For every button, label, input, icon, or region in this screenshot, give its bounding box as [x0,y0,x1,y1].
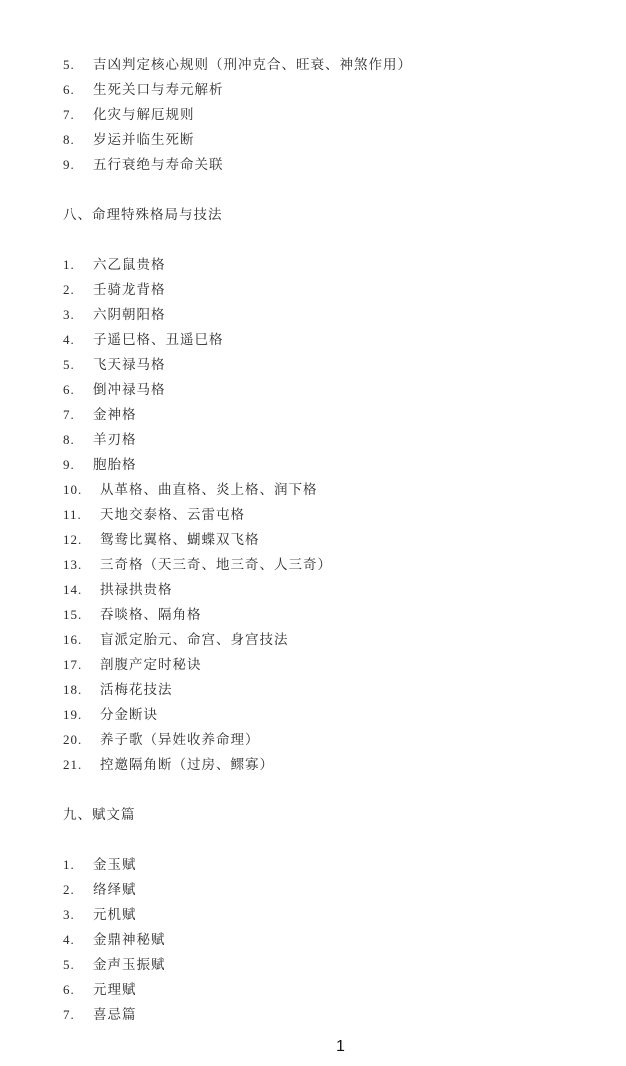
list-item: 12.鸳鸯比翼格、蝴蝶双飞格 [63,529,260,551]
list-item: 19.分金断诀 [63,704,158,726]
item-number: 6. [63,79,93,101]
item-text: 活梅花技法 [100,682,173,698]
item-number: 5. [63,354,93,376]
list-item: 17.剖腹产定时秘诀 [63,654,202,676]
list-item: 5.吉凶判定核心规则（刑冲克合、旺衰、神煞作用） [63,54,412,76]
item-number: 20. [63,729,100,751]
item-text: 六乙鼠贵格 [93,257,166,273]
list-item: 11.天地交泰格、云雷屯格 [63,504,245,526]
item-number: 10. [63,479,100,501]
item-number: 5. [63,954,93,976]
item-number: 19. [63,704,100,726]
item-text: 子遥巳格、丑遥巳格 [93,332,224,348]
item-number: 16. [63,629,100,651]
list-item: 5.飞天禄马格 [63,354,166,376]
list-item: 7.喜忌篇 [63,1004,137,1026]
item-text: 拱禄拱贵格 [100,582,173,598]
item-number: 8. [63,129,93,151]
list-item: 8.羊刃格 [63,429,137,451]
item-number: 4. [63,329,93,351]
item-text: 壬骑龙背格 [93,282,166,298]
document-page: 5.吉凶判定核心规则（刑冲克合、旺衰、神煞作用） 6.生死关口与寿元解析 7.化… [0,0,626,1066]
item-text: 吞啖格、隔角格 [100,607,202,623]
list-item: 4.子遥巳格、丑遥巳格 [63,329,224,351]
item-text: 控邀隔角断（过房、鳏寡） [100,757,274,773]
item-number: 2. [63,879,93,901]
item-text: 养子歌（异姓收养命理） [100,732,260,748]
item-number: 15. [63,604,100,626]
item-text: 岁运并临生死断 [93,132,195,148]
list-item: 6.生死关口与寿元解析 [63,79,224,101]
item-number: 13. [63,554,100,576]
item-text: 胞胎格 [93,457,137,473]
list-item: 9.五行衰绝与寿命关联 [63,154,224,176]
list-item: 13.三奇格（天三奇、地三奇、人三奇） [63,554,332,576]
list-item: 2.壬骑龙背格 [63,279,166,301]
section-heading: 九、赋文篇 [63,804,136,826]
list-item: 1.六乙鼠贵格 [63,254,166,276]
list-item: 6.倒冲禄马格 [63,379,166,401]
item-number: 7. [63,104,93,126]
item-number: 18. [63,679,100,701]
item-text: 化灾与解厄规则 [93,107,195,123]
list-item: 18.活梅花技法 [63,679,173,701]
list-item: 9.胞胎格 [63,454,137,476]
list-item: 14.拱禄拱贵格 [63,579,173,601]
item-number: 7. [63,404,93,426]
list-item: 8.岁运并临生死断 [63,129,195,151]
list-item: 21.控邀隔角断（过房、鳏寡） [63,754,274,776]
item-number: 21. [63,754,100,776]
item-number: 8. [63,429,93,451]
item-text: 金玉赋 [93,857,137,873]
item-text: 金神格 [93,407,137,423]
item-text: 元机赋 [93,907,137,923]
item-text: 六阴朝阳格 [93,307,166,323]
item-text: 盲派定胎元、命宫、身宫技法 [100,632,289,648]
list-item: 15.吞啖格、隔角格 [63,604,202,626]
item-text: 羊刃格 [93,432,137,448]
item-text: 三奇格（天三奇、地三奇、人三奇） [100,557,332,573]
item-text: 吉凶判定核心规则（刑冲克合、旺衰、神煞作用） [93,57,412,73]
item-text: 天地交泰格、云雷屯格 [100,507,245,523]
item-text: 鸳鸯比翼格、蝴蝶双飞格 [100,532,260,548]
list-item: 1.金玉赋 [63,854,137,876]
list-item: 6.元理赋 [63,979,137,1001]
list-item: 10.从革格、曲直格、炎上格、润下格 [63,479,318,501]
item-number: 4. [63,929,93,951]
item-number: 14. [63,579,100,601]
section-heading: 八、命理特殊格局与技法 [63,204,223,226]
item-text: 飞天禄马格 [93,357,166,373]
item-text: 五行衰绝与寿命关联 [93,157,224,173]
item-number: 5. [63,54,93,76]
item-number: 11. [63,504,100,526]
item-number: 6. [63,379,93,401]
item-text: 倒冲禄马格 [93,382,166,398]
item-number: 2. [63,279,93,301]
item-text: 从革格、曲直格、炎上格、润下格 [100,482,318,498]
item-text: 金鼎神秘赋 [93,932,166,948]
list-item: 7.金神格 [63,404,137,426]
list-item: 20.养子歌（异姓收养命理） [63,729,260,751]
item-number: 17. [63,654,100,676]
page-number: 1 [336,1038,345,1056]
item-number: 6. [63,979,93,1001]
item-text: 元理赋 [93,982,137,998]
item-text: 生死关口与寿元解析 [93,82,224,98]
list-item: 3.元机赋 [63,904,137,926]
item-text: 剖腹产定时秘诀 [100,657,202,673]
list-item: 5.金声玉振赋 [63,954,166,976]
list-item: 3.六阴朝阳格 [63,304,166,326]
item-number: 12. [63,529,100,551]
list-item: 7.化灾与解厄规则 [63,104,195,126]
list-item: 2.络绎赋 [63,879,137,901]
item-number: 1. [63,254,93,276]
item-text: 金声玉振赋 [93,957,166,973]
item-number: 9. [63,454,93,476]
item-text: 分金断诀 [100,707,158,723]
item-number: 1. [63,854,93,876]
item-number: 3. [63,904,93,926]
list-item: 16.盲派定胎元、命宫、身宫技法 [63,629,289,651]
item-text: 络绎赋 [93,882,137,898]
item-number: 7. [63,1004,93,1026]
list-item: 4.金鼎神秘赋 [63,929,166,951]
item-text: 喜忌篇 [93,1007,137,1023]
item-number: 3. [63,304,93,326]
item-number: 9. [63,154,93,176]
